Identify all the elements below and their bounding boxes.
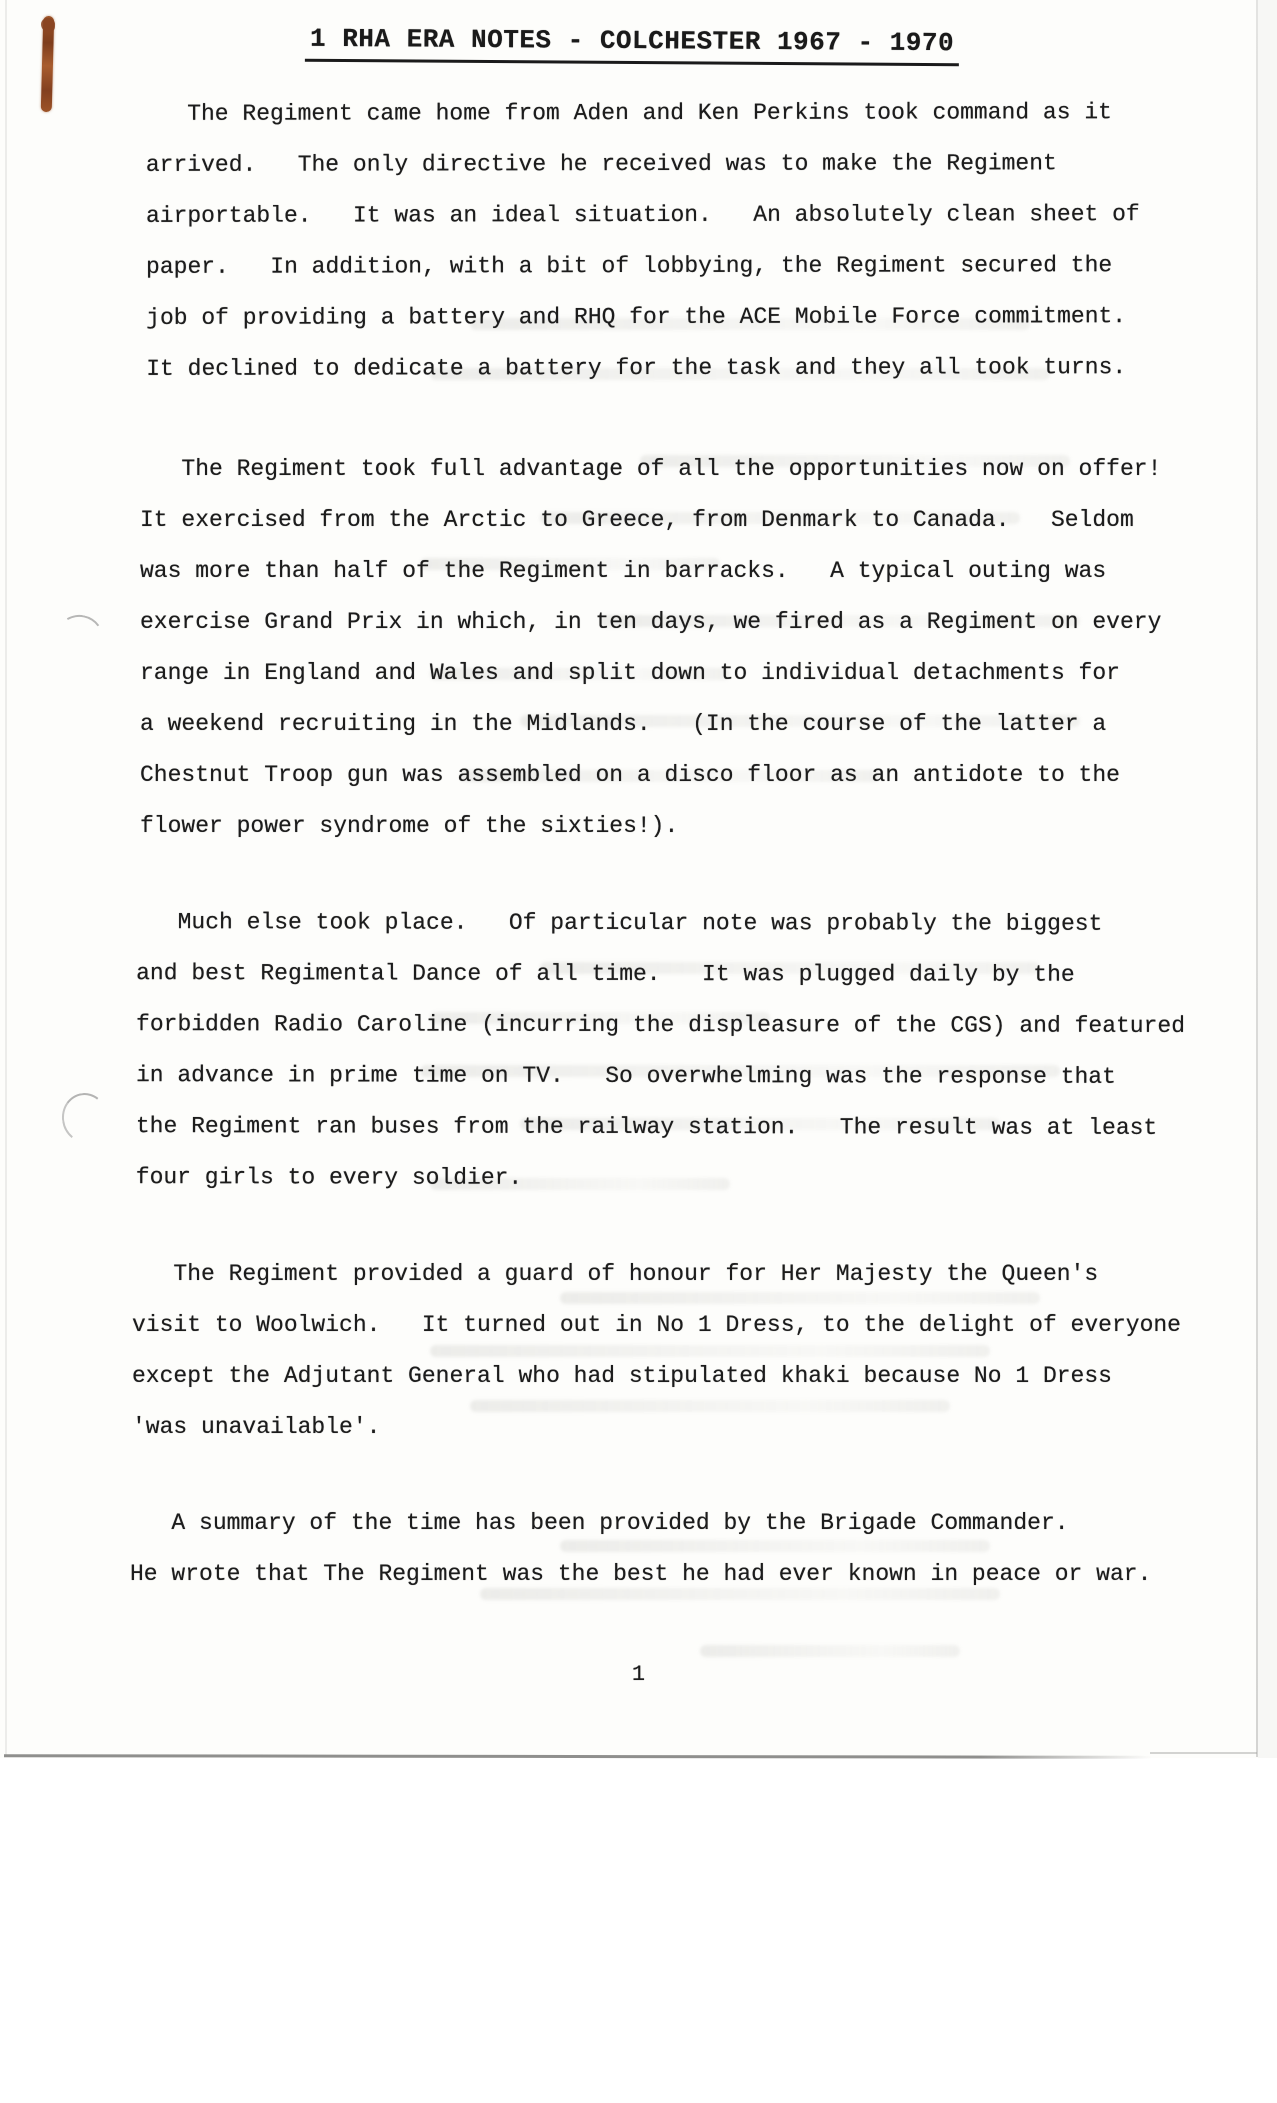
text-line: Chestnut Troop gun was assembled on a di…	[140, 750, 1161, 801]
paper-bottom-edge-shadow	[4, 1754, 1152, 1759]
text-line: a weekend recruiting in the Midlands. (I…	[140, 699, 1161, 750]
text-line: 'was unavailable'.	[132, 1402, 1181, 1453]
text-line: Much else took place. Of particular note…	[136, 897, 1185, 950]
scan-background-strip	[1258, 0, 1277, 1758]
scanned-document-page: 1 RHA ERA NOTES - COLCHESTER 1967 - 1970…	[0, 0, 1277, 2103]
text-line: job of providing a battery and RHQ for t…	[146, 291, 1140, 344]
paragraph: Much else took place. Of particular note…	[136, 897, 1186, 1205]
text-line: except the Adjutant General who had stip…	[132, 1351, 1181, 1402]
page-number: 1	[0, 1662, 1277, 1687]
text-line: paper. In addition, with a bit of lobbyi…	[146, 240, 1140, 293]
paragraph: The Regiment provided a guard of honour …	[132, 1249, 1181, 1453]
text-line: exercise Grand Prix in which, in ten day…	[140, 597, 1161, 648]
page-title: 1 RHA ERA NOTES - COLCHESTER 1967 - 1970	[305, 24, 959, 67]
paragraph: A summary of the time has been provided …	[130, 1498, 1151, 1600]
text-line: The Regiment took full advantage of all …	[140, 444, 1161, 495]
paper-right-edge	[1256, 0, 1258, 1757]
paper-left-edge	[5, 0, 7, 1757]
paragraph: The Regiment came home from Aden and Ken…	[146, 87, 1140, 395]
text-line: range in England and Wales and split dow…	[140, 648, 1161, 699]
text-line: arrived. The only directive he received …	[146, 138, 1140, 191]
text-line: flower power syndrome of the sixties!).	[140, 801, 1161, 852]
paragraph: The Regiment took full advantage of all …	[140, 444, 1161, 852]
text-line: A summary of the time has been provided …	[130, 1498, 1151, 1549]
text-line: in advance in prime time on TV. So overw…	[136, 1050, 1185, 1103]
text-line: four girls to every soldier.	[136, 1152, 1185, 1205]
text-line: was more than half of the Regiment in ba…	[140, 546, 1161, 597]
text-line: the Regiment ran buses from the railway …	[136, 1101, 1185, 1154]
title-row: 1 RHA ERA NOTES - COLCHESTER 1967 - 1970	[0, 26, 1271, 64]
text-line: It exercised from the Arctic to Greece, …	[140, 495, 1161, 546]
text-line: visit to Woolwich. It turned out in No 1…	[132, 1300, 1181, 1351]
text-line: forbidden Radio Caroline (incurring the …	[136, 999, 1185, 1052]
text-line: It declined to dedicate a battery for th…	[146, 342, 1140, 395]
text-line: He wrote that The Regiment was the best …	[130, 1549, 1151, 1600]
paper-bottom-edge-shadow	[1150, 1752, 1257, 1754]
text-line: The Regiment came home from Aden and Ken…	[146, 87, 1140, 140]
text-line: The Regiment provided a guard of honour …	[132, 1249, 1181, 1300]
text-line: airportable. It was an ideal situation. …	[146, 189, 1140, 242]
text-line: and best Regimental Dance of all time. I…	[136, 948, 1185, 1001]
